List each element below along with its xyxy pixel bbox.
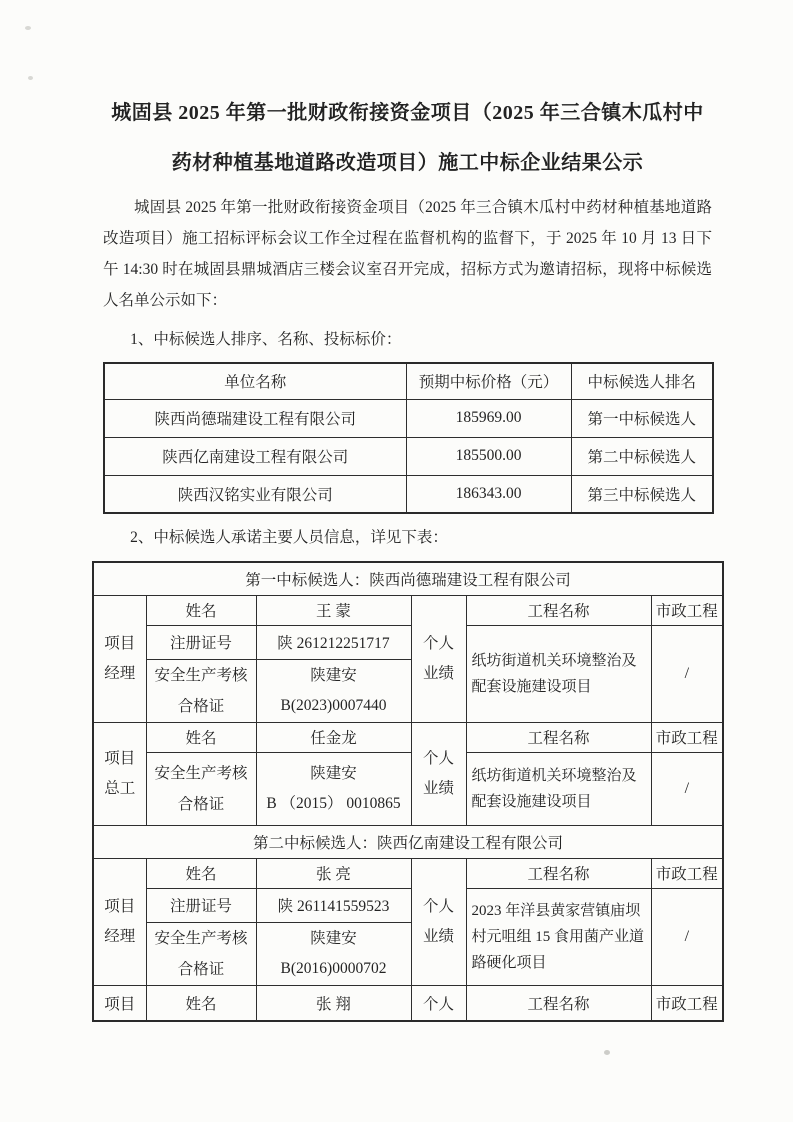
bid-price: 185500.00 — [406, 437, 571, 475]
role-line1: 项目 — [98, 892, 142, 922]
person-name: 张 亮 — [256, 858, 411, 888]
bid-table-header-row: 单位名称 预期中标价格（元） 中标候选人排名 — [104, 363, 713, 399]
header-rank: 中标候选人排名 — [571, 363, 713, 399]
safety-label-line1: 安全生产考核 — [151, 660, 252, 691]
bid-table-row-2: 陕西亿南建设工程有限公司 185500.00 第二中标候选人 — [104, 437, 713, 475]
header-company: 单位名称 — [104, 363, 406, 399]
candidate-rank: 第二中标候选人 — [571, 437, 713, 475]
c1-chief-safety-row: 安全生产考核 合格证 陕建安 B （2015） 0010865 纸坊街道机关环境… — [93, 752, 723, 825]
cert-number: B(2016)0000702 — [261, 954, 407, 984]
slash-value: / — [651, 888, 723, 985]
perf-line2: 业绩 — [416, 922, 462, 952]
safety-label-line1: 安全生产考核 — [151, 758, 252, 789]
cert-org: 陕建安 — [261, 661, 407, 691]
person-name: 任金龙 — [256, 722, 411, 752]
safety-cert-value: 陕建安 B （2015） 0010865 — [256, 752, 411, 825]
reg-no-value: 陕 261212251717 — [256, 625, 411, 659]
safety-cert-value: 陕建安 B(2023)0007440 — [256, 659, 411, 722]
name-label: 姓名 — [146, 722, 256, 752]
role-line2: 总工 — [98, 774, 142, 804]
perf-line1: 个人 — [416, 892, 462, 922]
slash-value: / — [651, 625, 723, 722]
personal-performance-partial: 个人 — [411, 985, 466, 1021]
project-name-label: 工程名称 — [466, 985, 651, 1021]
document-page: 城固县 2025 年第一批财政衔接资金项目（2025 年三合镇木瓜村中药材种植基… — [0, 0, 793, 1122]
safety-label-line2: 合格证 — [151, 691, 252, 722]
perf-line1: 个人 — [416, 629, 462, 659]
safety-label-line1: 安全生产考核 — [151, 923, 252, 954]
role-project-manager: 项目 经理 — [93, 858, 146, 985]
candidate1-header-row: 第一中标候选人：陕西尚德瑞建设工程有限公司 — [93, 562, 723, 595]
candidate2-header-row: 第二中标候选人：陕西亿南建设工程有限公司 — [93, 825, 723, 858]
bid-price: 186343.00 — [406, 475, 571, 513]
section1-label: 1、中标候选人排序、名称、投标标价： — [103, 324, 712, 355]
person-name: 张 翔 — [256, 985, 411, 1021]
cert-number: B （2015） 0010865 — [261, 789, 407, 819]
c1-manager-name-row: 项目 经理 姓名 王 蒙 个人 业绩 工程名称 市政工程 — [93, 595, 723, 625]
candidate1-title: 第一中标候选人：陕西尚德瑞建设工程有限公司 — [93, 562, 723, 595]
c2-manager-reg-row: 注册证号 陕 261141559523 2023 年洋县黄家营镇庙坝村元咀组 1… — [93, 888, 723, 922]
personal-performance-label: 个人 业绩 — [411, 858, 466, 985]
reg-no-label: 注册证号 — [146, 888, 256, 922]
page-title: 城固县 2025 年第一批财政衔接资金项目（2025 年三合镇木瓜村中药材种植基… — [103, 88, 712, 188]
safety-label-line2: 合格证 — [151, 954, 252, 985]
scan-smudge — [28, 76, 33, 80]
project-name-value: 2023 年洋县黄家营镇庙坝村元咀组 15 食用菌产业道路硬化项目 — [466, 888, 651, 985]
scan-smudge — [604, 1050, 610, 1055]
municipal-label: 市政工程 — [651, 858, 723, 888]
c1-chief-name-row: 项目 总工 姓名 任金龙 个人 业绩 工程名称 市政工程 — [93, 722, 723, 752]
name-label: 姓名 — [146, 858, 256, 888]
name-label: 姓名 — [146, 595, 256, 625]
personnel-table: 第一中标候选人：陕西尚德瑞建设工程有限公司 项目 经理 姓名 王 蒙 个人 业绩… — [92, 561, 724, 1022]
bid-price-table: 单位名称 预期中标价格（元） 中标候选人排名 陕西尚德瑞建设工程有限公司 185… — [103, 362, 714, 514]
slash-value: / — [651, 752, 723, 825]
c2-manager-name-row: 项目 经理 姓名 张 亮 个人 业绩 工程名称 市政工程 — [93, 858, 723, 888]
project-name-label: 工程名称 — [466, 858, 651, 888]
name-label: 姓名 — [146, 985, 256, 1021]
cert-org: 陕建安 — [261, 924, 407, 954]
role-project-manager: 项目 经理 — [93, 595, 146, 722]
municipal-label: 市政工程 — [651, 985, 723, 1021]
safety-cert-label: 安全生产考核 合格证 — [146, 752, 256, 825]
bid-price: 185969.00 — [406, 399, 571, 437]
safety-cert-value: 陕建安 B(2016)0000702 — [256, 922, 411, 985]
company-name: 陕西亿南建设工程有限公司 — [104, 437, 406, 475]
role-project-partial: 项目 — [93, 985, 146, 1021]
cert-number: B(2023)0007440 — [261, 691, 407, 721]
intro-paragraph: 城固县 2025 年第一批财政衔接资金项目（2025 年三合镇木瓜村中药材种植基… — [103, 192, 712, 316]
municipal-label: 市政工程 — [651, 722, 723, 752]
safety-label-line2: 合格证 — [151, 789, 252, 820]
c1-manager-reg-row: 注册证号 陕 261212251717 纸坊街道机关环境整治及配套设施建设项目 … — [93, 625, 723, 659]
scan-smudge — [25, 26, 31, 30]
municipal-label: 市政工程 — [651, 595, 723, 625]
role-line1: 项目 — [98, 629, 142, 659]
c2-partial-row: 项目 姓名 张 翔 个人 工程名称 市政工程 — [93, 985, 723, 1021]
candidate2-title: 第二中标候选人：陕西亿南建设工程有限公司 — [93, 825, 723, 858]
company-name: 陕西汉铭实业有限公司 — [104, 475, 406, 513]
role-line2: 经理 — [98, 659, 142, 689]
project-name-label: 工程名称 — [466, 722, 651, 752]
section2-label: 2、中标候选人承诺主要人员信息，详见下表： — [103, 522, 712, 553]
project-name-value: 纸坊街道机关环境整治及配套设施建设项目 — [466, 625, 651, 722]
header-price: 预期中标价格（元） — [406, 363, 571, 399]
perf-line2: 业绩 — [416, 774, 462, 804]
bid-table-row-3: 陕西汉铭实业有限公司 186343.00 第三中标候选人 — [104, 475, 713, 513]
safety-cert-label: 安全生产考核 合格证 — [146, 659, 256, 722]
reg-no-value: 陕 261141559523 — [256, 888, 411, 922]
candidate-rank: 第三中标候选人 — [571, 475, 713, 513]
candidate-rank: 第一中标候选人 — [571, 399, 713, 437]
personal-performance-label: 个人 业绩 — [411, 722, 466, 825]
perf-line2: 业绩 — [416, 659, 462, 689]
bid-table-row-1: 陕西尚德瑞建设工程有限公司 185969.00 第一中标候选人 — [104, 399, 713, 437]
reg-no-label: 注册证号 — [146, 625, 256, 659]
role-chief-engineer: 项目 总工 — [93, 722, 146, 825]
person-name: 王 蒙 — [256, 595, 411, 625]
personal-performance-label: 个人 业绩 — [411, 595, 466, 722]
project-name-label: 工程名称 — [466, 595, 651, 625]
project-name-value: 纸坊街道机关环境整治及配套设施建设项目 — [466, 752, 651, 825]
role-line1: 项目 — [98, 744, 142, 774]
cert-org: 陕建安 — [261, 759, 407, 789]
perf-line1: 个人 — [416, 744, 462, 774]
company-name: 陕西尚德瑞建设工程有限公司 — [104, 399, 406, 437]
role-line2: 经理 — [98, 922, 142, 952]
safety-cert-label: 安全生产考核 合格证 — [146, 922, 256, 985]
